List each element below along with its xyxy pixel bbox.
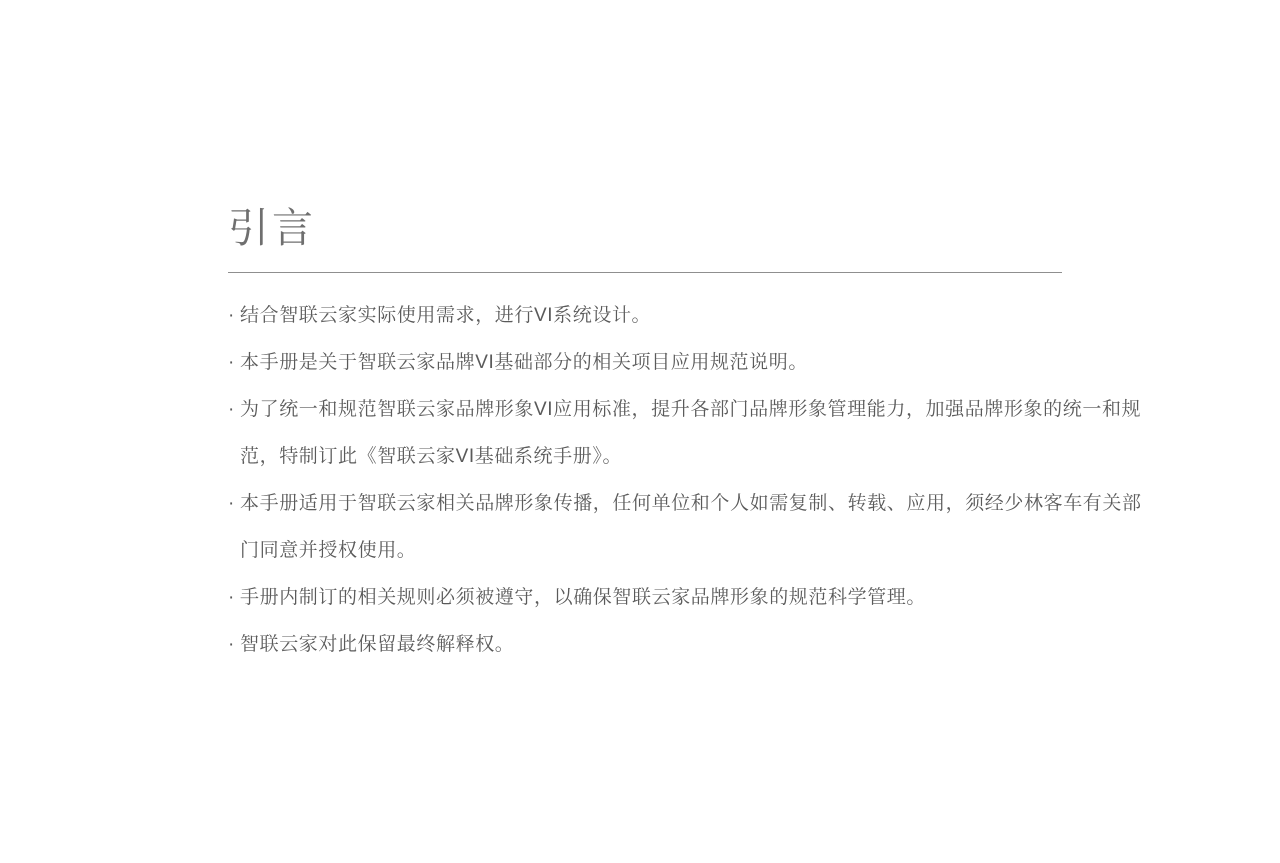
bullet-dot: · (228, 386, 234, 433)
intro-paragraph: · 手册内制订的相关规则必须被遵守，以确保智联云家品牌形象的规范科学管理。 (240, 574, 1064, 621)
intro-paragraph: · 本手册适用于智联云家相关品牌形象传播，任何单位和个人如需复制、转载、应用，须… (240, 480, 1064, 574)
intro-paragraph: · 为了统一和规范智联云家品牌形象VI应用标准，提升各部门品牌形象管理能力，加强… (240, 386, 1064, 480)
intro-paragraph: · 智联云家对此保留最终解释权。 (240, 621, 1064, 668)
document-page: 引言 · 结合智联云家实际使用需求，进行VI系统设计。 · 本手册是关于智联云家… (0, 0, 1280, 863)
bullet-dot: · (228, 621, 234, 668)
paragraph-line: 本手册适用于智联云家相关品牌形象传播，任何单位和个人如需复制、转载、应用，须经少… (240, 480, 1064, 527)
intro-paragraph: · 结合智联云家实际使用需求，进行VI系统设计。 (240, 292, 1064, 339)
paragraph-line: 智联云家对此保留最终解释权。 (240, 621, 1064, 668)
intro-list: · 结合智联云家实际使用需求，进行VI系统设计。 · 本手册是关于智联云家品牌V… (228, 292, 1064, 668)
bullet-dot: · (228, 574, 234, 621)
paragraph-line: 范，特制订此《智联云家VI基础系统手册》。 (240, 433, 1064, 480)
paragraph-line: 门同意并授权使用。 (240, 527, 1064, 574)
page-title: 引言 (228, 203, 1064, 254)
bullet-dot: · (228, 339, 234, 386)
intro-section: 引言 · 结合智联云家实际使用需求，进行VI系统设计。 · 本手册是关于智联云家… (228, 203, 1064, 668)
paragraph-line: 本手册是关于智联云家品牌VI基础部分的相关项目应用规范说明。 (240, 339, 1064, 386)
title-underline (228, 272, 1062, 273)
intro-paragraph: · 本手册是关于智联云家品牌VI基础部分的相关项目应用规范说明。 (240, 339, 1064, 386)
paragraph-line: 手册内制订的相关规则必须被遵守，以确保智联云家品牌形象的规范科学管理。 (240, 574, 1064, 621)
paragraph-line: 结合智联云家实际使用需求，进行VI系统设计。 (240, 292, 1064, 339)
bullet-dot: · (228, 292, 234, 339)
paragraph-line: 为了统一和规范智联云家品牌形象VI应用标准，提升各部门品牌形象管理能力，加强品牌… (240, 386, 1064, 433)
bullet-dot: · (228, 480, 234, 527)
